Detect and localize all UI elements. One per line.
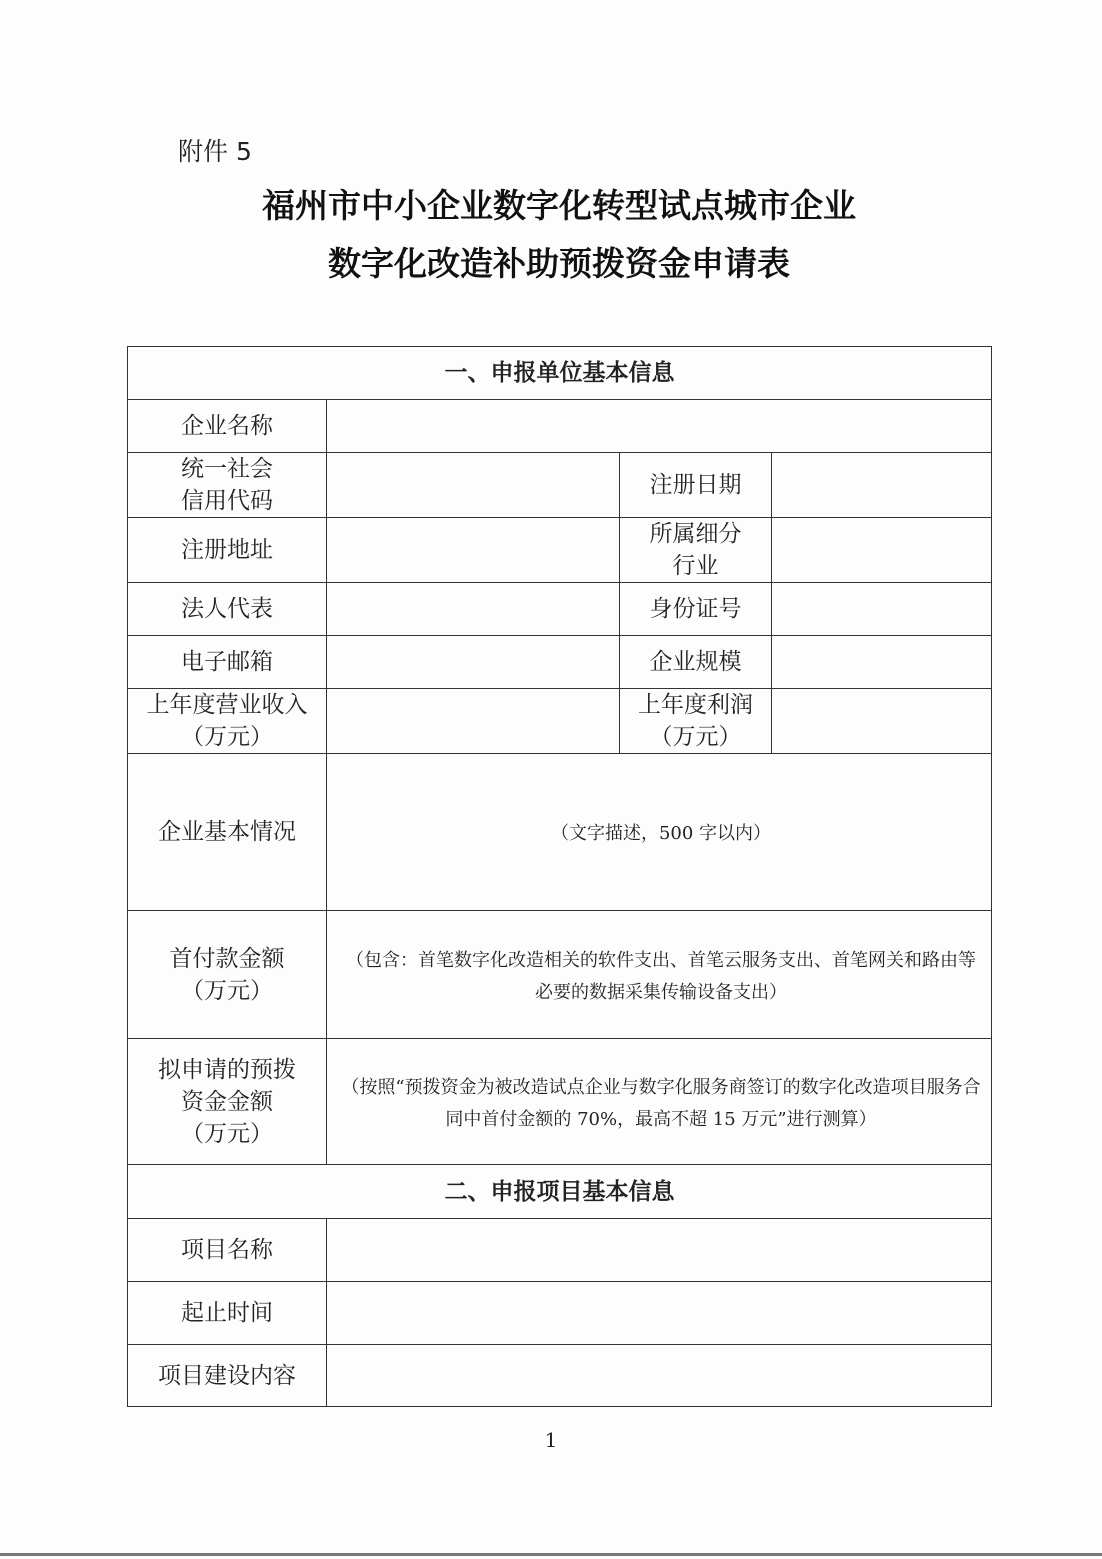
form-row-revenue: 上年度营业收入 （万元） 上年度利润 （万元） bbox=[128, 689, 992, 754]
form-row-start-end-time: 起止时间 bbox=[128, 1282, 992, 1345]
input-email[interactable] bbox=[327, 636, 620, 689]
input-construction-content[interactable] bbox=[327, 1345, 992, 1407]
form-row-prefund: 拟申请的预拨 资金金额 （万元） （按照“预拨资金为被改造试点企业与数字化服务商… bbox=[128, 1039, 992, 1165]
label-company-name: 企业名称 bbox=[128, 400, 327, 453]
input-legal-rep[interactable] bbox=[327, 583, 620, 636]
document-title-line1: 福州市中小企业数字化转型试点城市企业 bbox=[8, 180, 1102, 227]
label-revenue-line2: （万元） bbox=[128, 721, 326, 753]
label-credit-code-line2: 信用代码 bbox=[128, 485, 326, 517]
label-construction-content: 项目建设内容 bbox=[128, 1345, 327, 1407]
label-legal-rep: 法人代表 bbox=[128, 583, 327, 636]
form-row-address: 注册地址 所属细分 行业 bbox=[128, 518, 992, 583]
form-row-overview: 企业基本情况 （文字描述，500 字以内） bbox=[128, 754, 992, 911]
section2-header-row: 二、申报项目基本信息 bbox=[128, 1165, 992, 1219]
input-prefund[interactable]: （按照“预拨资金为被改造试点企业与数字化服务商签订的数字化改造项目服务合同中首付… bbox=[327, 1039, 992, 1165]
label-overview: 企业基本情况 bbox=[128, 754, 327, 911]
label-revenue: 上年度营业收入 （万元） bbox=[128, 689, 327, 754]
form-row-email: 电子邮箱 企业规模 bbox=[128, 636, 992, 689]
label-down-payment: 首付款金额 （万元） bbox=[128, 911, 327, 1039]
label-id-number: 身份证号 bbox=[620, 583, 772, 636]
input-project-name[interactable] bbox=[327, 1219, 992, 1282]
label-prefund: 拟申请的预拨 资金金额 （万元） bbox=[128, 1039, 327, 1165]
label-profit-line2: （万元） bbox=[620, 721, 771, 753]
prefund-hint: （按照“预拨资金为被改造试点企业与数字化服务商签订的数字化改造项目服务合同中首付… bbox=[327, 1068, 991, 1136]
label-prefund-line2: 资金金额 bbox=[128, 1086, 326, 1118]
label-down-payment-line1: 首付款金额 bbox=[128, 943, 326, 975]
input-profit[interactable] bbox=[772, 689, 992, 754]
label-registration-date: 注册日期 bbox=[620, 453, 772, 518]
label-down-payment-line2: （万元） bbox=[128, 975, 326, 1007]
label-industry-line2: 行业 bbox=[620, 550, 771, 582]
section1-header-row: 一、申报单位基本信息 bbox=[128, 347, 992, 400]
label-start-end-time: 起止时间 bbox=[128, 1282, 327, 1345]
label-industry: 所属细分 行业 bbox=[620, 518, 772, 583]
form-row-company-name: 企业名称 bbox=[128, 400, 992, 453]
form-row-down-payment: 首付款金额 （万元） （包含：首笔数字化改造相关的软件支出、首笔云服务支出、首笔… bbox=[128, 911, 992, 1039]
label-prefund-line3: （万元） bbox=[128, 1118, 326, 1150]
form-row-construction-content: 项目建设内容 bbox=[128, 1345, 992, 1407]
form-row-credit-code: 统一社会 信用代码 注册日期 bbox=[128, 453, 992, 518]
section2-heading: 二、申报项目基本信息 bbox=[128, 1165, 992, 1219]
label-prefund-line1: 拟申请的预拨 bbox=[128, 1054, 326, 1086]
input-id-number[interactable] bbox=[772, 583, 992, 636]
input-start-end-time[interactable] bbox=[327, 1282, 992, 1345]
label-profit: 上年度利润 （万元） bbox=[620, 689, 772, 754]
input-credit-code[interactable] bbox=[327, 453, 620, 518]
document-title-line2: 数字化改造补助预拨资金申请表 bbox=[8, 238, 1102, 285]
attachment-label: 附件 5 bbox=[178, 132, 252, 168]
label-registered-address: 注册地址 bbox=[128, 518, 327, 583]
down-payment-hint: （包含：首笔数字化改造相关的软件支出、首笔云服务支出、首笔网关和路由等必要的数据… bbox=[327, 941, 991, 1009]
label-credit-code: 统一社会 信用代码 bbox=[128, 453, 327, 518]
label-revenue-line1: 上年度营业收入 bbox=[128, 689, 326, 721]
label-project-name: 项目名称 bbox=[128, 1219, 327, 1282]
input-registration-date[interactable] bbox=[772, 453, 992, 518]
input-company-name[interactable] bbox=[327, 400, 992, 453]
label-profit-line1: 上年度利润 bbox=[620, 689, 771, 721]
application-form-table: 一、申报单位基本信息 企业名称 统一社会 信用代码 注册日期 注册地址 所属细分… bbox=[127, 346, 992, 1407]
label-industry-line1: 所属细分 bbox=[620, 518, 771, 550]
page-number: 1 bbox=[0, 1428, 1102, 1452]
input-down-payment[interactable]: （包含：首笔数字化改造相关的软件支出、首笔云服务支出、首笔网关和路由等必要的数据… bbox=[327, 911, 992, 1039]
form-row-legal-rep: 法人代表 身份证号 bbox=[128, 583, 992, 636]
input-overview[interactable]: （文字描述，500 字以内） bbox=[327, 754, 992, 911]
page-bottom-edge bbox=[0, 1553, 1102, 1556]
input-company-size[interactable] bbox=[772, 636, 992, 689]
form-row-project-name: 项目名称 bbox=[128, 1219, 992, 1282]
overview-hint: （文字描述，500 字以内） bbox=[327, 814, 991, 850]
label-credit-code-line1: 统一社会 bbox=[128, 453, 326, 485]
input-industry[interactable] bbox=[772, 518, 992, 583]
section1-heading: 一、申报单位基本信息 bbox=[128, 347, 992, 400]
label-email: 电子邮箱 bbox=[128, 636, 327, 689]
input-revenue[interactable] bbox=[327, 689, 620, 754]
input-registered-address[interactable] bbox=[327, 518, 620, 583]
label-company-size: 企业规模 bbox=[620, 636, 772, 689]
